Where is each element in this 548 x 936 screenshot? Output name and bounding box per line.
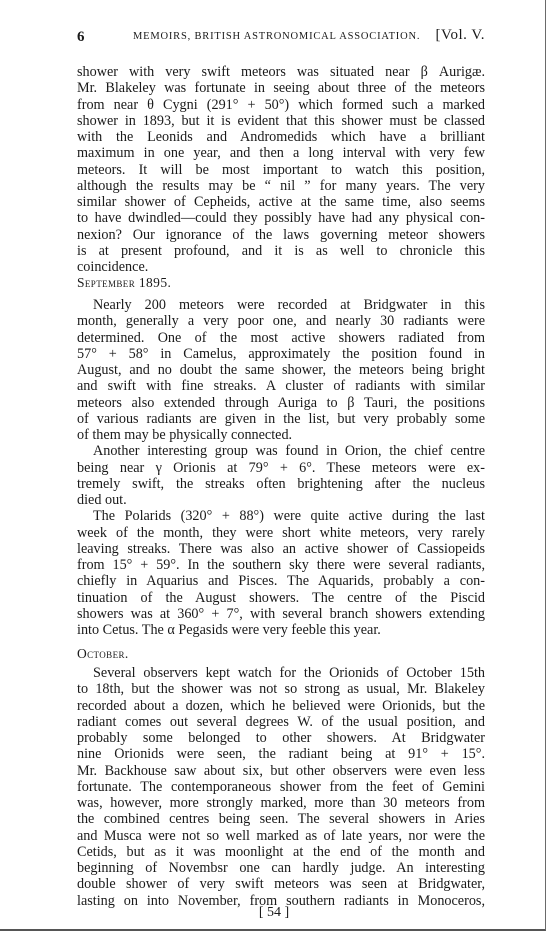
text-line: of various radiants are given in the lis…	[77, 411, 485, 427]
text-line: 57° + 58° in Camelus, approximately the …	[77, 346, 485, 362]
text-line: chiefly in Aquarius and Pisces. The Aqua…	[77, 573, 485, 589]
text-line: probably some belonged to other showers.…	[77, 730, 485, 746]
text-line: fortunate. The contemporaneous shower fr…	[77, 779, 485, 795]
text-line: to 18th, but the shower was not so stron…	[77, 681, 485, 697]
october-paragraph-1: Several observers kept watch for the Ori…	[77, 665, 485, 909]
journal-title: MEMOIRS, BRITISH ASTRONOMICAL ASSOCIATIO…	[133, 31, 420, 42]
text-line: although the results may be “ nil ” for …	[77, 178, 485, 194]
text-line: similar shower of Cepheids, active at th…	[77, 194, 485, 210]
text-line: nine Orionids were seen, the radiant bei…	[77, 746, 485, 762]
text-line: week of the month, they were short white…	[77, 525, 485, 541]
page-number: 6	[77, 29, 85, 46]
text-line: beginning of Novembsr one can hardly jud…	[77, 860, 485, 876]
text-line: Another interesting group was found in O…	[77, 443, 485, 459]
section-heading-september: September 1895.	[77, 275, 171, 291]
text-line: into Cetus. The α Pegasids were very fee…	[77, 622, 485, 638]
text-line: Several observers kept watch for the Ori…	[77, 665, 485, 681]
text-line: nexion? Our ignorance of the laws govern…	[77, 227, 485, 243]
text-line: shower with very swift meteors was situa…	[77, 64, 485, 80]
text-line: meteors. It will be most important to wa…	[77, 162, 485, 178]
text-line: and swift with fine streaks. A cluster o…	[77, 378, 485, 394]
running-head: 6 MEMOIRS, BRITISH ASTRONOMICAL ASSOCIAT…	[77, 27, 485, 47]
page-footer-marker: [ 54 ]	[0, 905, 548, 921]
september-paragraph-1: Nearly 200 meteors were recorded at Brid…	[77, 297, 485, 638]
text-line: maximum in one year, and then a long int…	[77, 145, 485, 161]
volume-label: [Vol. V.	[436, 27, 485, 44]
text-line: and Musca were not so well marked as of …	[77, 828, 485, 844]
text-line: August, and no doubt the same shower, th…	[77, 362, 485, 378]
section-heading-october: October.	[77, 646, 129, 662]
text-line: Mr. Blakeley was fortunate in seeing abo…	[77, 80, 485, 96]
text-line: the combined centres being seen. The sev…	[77, 811, 485, 827]
text-line: is at present profound, and it is as wel…	[77, 243, 485, 259]
intro-paragraph: shower with very swift meteors was situa…	[77, 64, 485, 275]
text-line: radiant comes out several degrees W. of …	[77, 714, 485, 730]
text-line: Cetids, but as it was moonlight at the e…	[77, 844, 485, 860]
text-line: coincidence.	[77, 259, 485, 275]
text-line: being near γ Orionis at 79° + 6°. These …	[77, 460, 485, 476]
text-line: from near θ Cygni (291° + 50°) which for…	[77, 97, 485, 113]
text-line: showers was at 360° + 7°, with several b…	[77, 606, 485, 622]
text-line: determined. One of the most active showe…	[77, 330, 485, 346]
text-line: double shower of very swift meteors was …	[77, 876, 485, 892]
text-line: with the Leonids and Andromedids which h…	[77, 129, 485, 145]
text-line: tinuation of the August showers. The cen…	[77, 590, 485, 606]
text-line: meteors also extended through Auriga to …	[77, 395, 485, 411]
text-line: recorded about a dozen, which he believe…	[77, 698, 485, 714]
text-line: of them may be physically connected.	[77, 427, 485, 443]
text-line: shower in 1893, but it is evident that t…	[77, 113, 485, 129]
text-line: was, however, more strongly marked, more…	[77, 795, 485, 811]
text-line: Nearly 200 meteors were recorded at Brid…	[77, 297, 485, 313]
text-line: leaving streaks. There was also an activ…	[77, 541, 485, 557]
document-page: 6 MEMOIRS, BRITISH ASTRONOMICAL ASSOCIAT…	[0, 0, 546, 931]
text-line: month, generally a very poor one, and ne…	[77, 313, 485, 329]
text-line: died out.	[77, 492, 485, 508]
text-line: to have dwindled—could they possibly hav…	[77, 210, 485, 226]
text-line: tremely swift, the streaks often brighte…	[77, 476, 485, 492]
text-line: Mr. Backhouse saw about six, but other o…	[77, 763, 485, 779]
text-line: from 15° + 59°. In the southern sky ther…	[77, 557, 485, 573]
text-line: The Polarids (320° + 88°) were quite act…	[77, 508, 485, 524]
